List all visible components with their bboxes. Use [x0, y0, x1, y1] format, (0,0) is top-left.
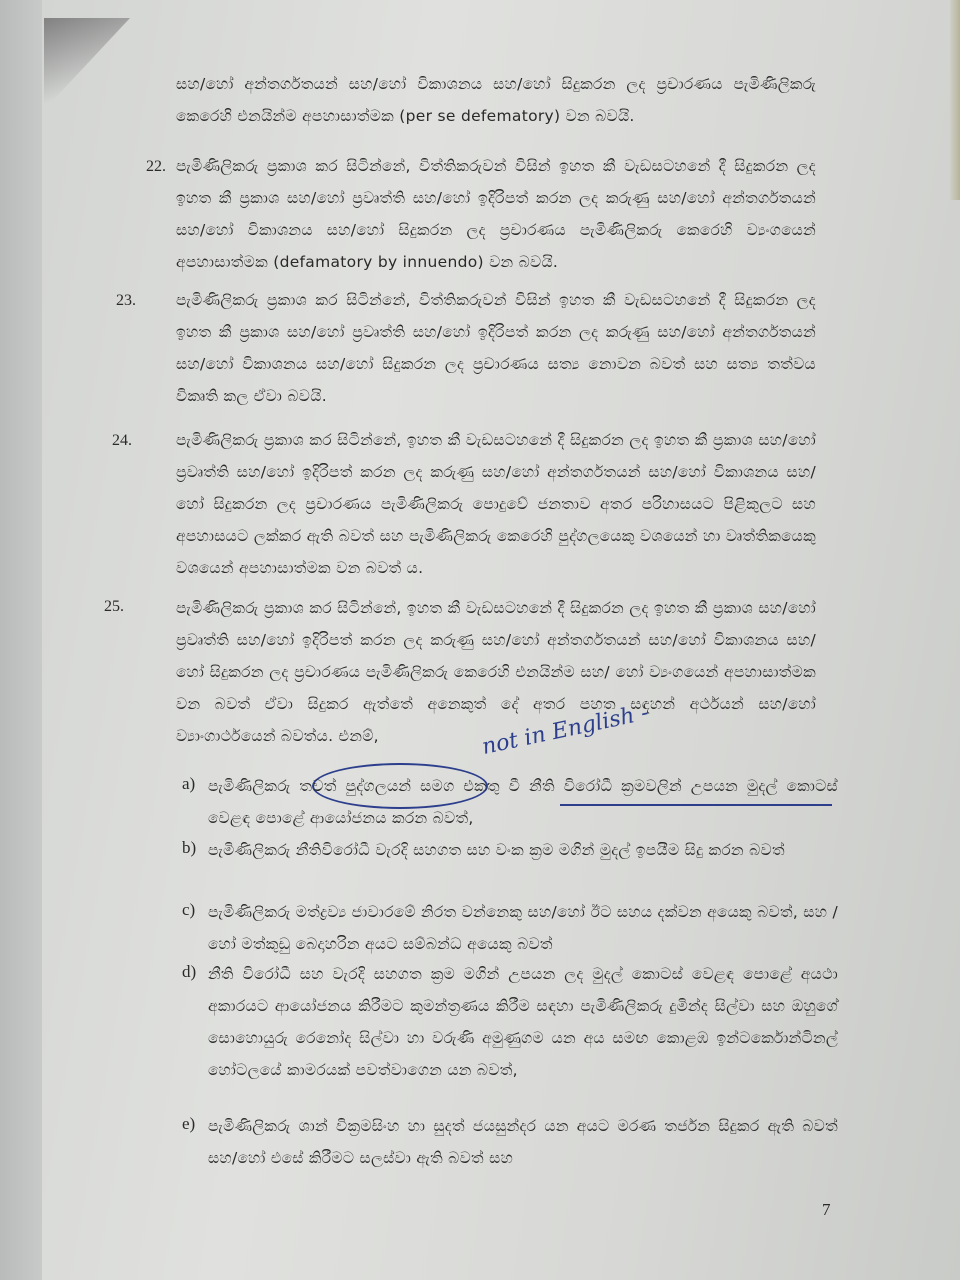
paragraph-number: 25. — [104, 598, 124, 616]
item-label: d) — [182, 962, 196, 982]
item-label: b) — [182, 838, 196, 858]
sub-item-e: පැමිණිලිකරු ශාන් වික්‍රමසිංහ හා සුදත් ජය… — [208, 1110, 838, 1174]
paragraph-24: පැමිණිලිකරු ප්‍රකාශ කර සිටින්නේ, ඉහත කී … — [176, 424, 816, 584]
paragraph-23: පැමිණිලිකරු ප්‍රකාශ කර සිටින්නේ, විත්තික… — [176, 284, 816, 412]
item-label: e) — [182, 1114, 195, 1134]
sub-item-d: නීති විරෝධී සහ වැරදි සහගත ක්‍රම මගින් උප… — [208, 958, 838, 1086]
paragraph-25: පැමිණිලිකරු ප්‍රකාශ කර සිටින්නේ, ඉහත කී … — [176, 592, 816, 752]
binder-edge — [0, 0, 42, 1280]
sub-item-a: පැමිණිලිකරු තවත් පුද්ගලයන් සමග එකතු වී න… — [208, 770, 838, 834]
sub-item-b: පැමිණිලිකරු නීතිවිරෝධී වැරදි සහගත සහ වංක… — [208, 834, 838, 866]
page-number: 7 — [822, 1200, 831, 1220]
paragraph-number: 24. — [112, 432, 132, 450]
paragraph-22: පැමිණිලිකරු ප්‍රකාශ කර සිටින්නේ, විත්තික… — [176, 150, 816, 278]
sub-item-c: පැමිණිලිකරු මත්ද්‍රව්‍ය ජාවාරමේ නිරත වන්… — [208, 896, 838, 960]
item-label: a) — [182, 774, 195, 794]
paragraph-number: 22. — [146, 158, 166, 176]
item-label: c) — [182, 900, 195, 920]
paragraph-number: 23. — [116, 292, 136, 310]
continuation-paragraph: සහ/හෝ අන්තර්ගතයන් සහ/හෝ විකාශනය සහ/හෝ සි… — [176, 68, 816, 132]
page-edge — [950, 0, 960, 200]
